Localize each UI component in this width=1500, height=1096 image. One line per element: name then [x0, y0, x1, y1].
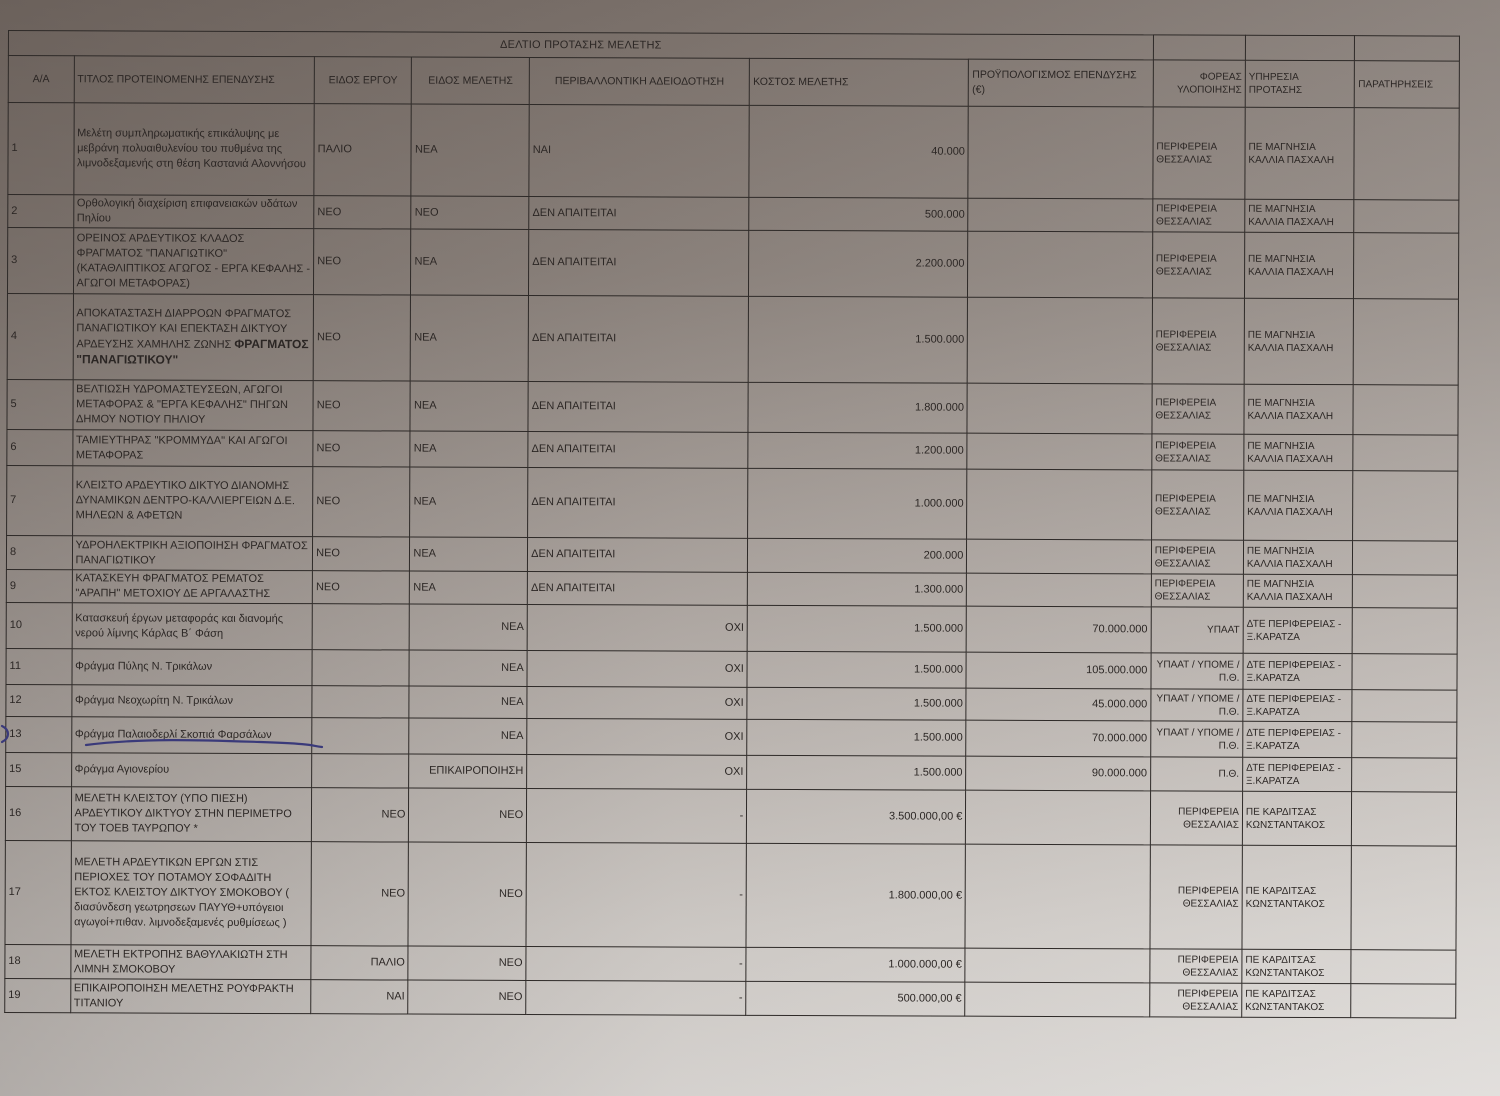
- cell-title: ΜΕΛΕΤΗ ΚΛΕΙΣΤΟΥ (ΥΠΟ ΠΙΕΣΗ) ΑΡΔΕΥΤΙΚΟΥ Δ…: [71, 787, 312, 842]
- cell-title: ΜΕΛΕΤΗ ΕΚΤΡΟΠΗΣ ΒΑΘΥΛΑΚΙΩΤΗ ΣΤΗ ΛΙΜΝΗ ΣΜ…: [70, 945, 311, 980]
- cell-implementing-body: ΠΕΡΙΦΕΡΕΙΑ ΘΕΣΣΑΛΙΑΣ: [1151, 540, 1243, 574]
- cell-implementing-body: ΠΕΡΙΦΕΡΕΙΑ ΘΕΣΣΑΛΙΑΣ: [1151, 470, 1243, 540]
- cell-remarks: [1354, 299, 1459, 385]
- cell-aa: 17: [5, 840, 71, 944]
- cell-implementing-body: ΠΕΡΙΦΕΡΕΙΑ ΘΕΣΣΑΛΙΑΣ: [1153, 107, 1245, 199]
- cell-proposing-service: ΠΕ ΜΑΓΝΗΣΙΑ ΚΑΛΛΙΑ ΠΑΣΧΑΛΗ: [1244, 298, 1354, 384]
- cell-investment-budget: 70.000.000: [967, 606, 1152, 653]
- cell-study-type: ΝΕΑ: [410, 537, 528, 571]
- cell-project-type: [312, 650, 409, 686]
- cell-study-type: ΝΕΑ: [410, 381, 528, 431]
- cell-project-type: ΝΑΙ: [311, 980, 408, 1014]
- cell-env-permit: ΔΕΝ ΑΠΑΙΤΕΙΤΑΙ: [528, 537, 748, 572]
- cell-project-type: ΝΕΟ: [311, 842, 409, 946]
- cell-title: ΤΑΜΙΕΥΤΗΡΑΣ "ΚΡΟΜΜΥΔΑ" ΚΑΙ ΑΓΩΓΟΙ ΜΕΤΑΦΟ…: [72, 430, 313, 467]
- cell-implementing-body: ΥΠΑΑΤ / ΥΠΟΜΕ / Π.Θ.: [1151, 653, 1243, 689]
- cell-implementing-body: ΥΠΑΑΤ: [1151, 607, 1243, 653]
- cell-project-type: ΝΕΟ: [313, 467, 411, 537]
- cell-aa: 7: [7, 465, 73, 535]
- cell-implementing-body: Π.Θ.: [1150, 757, 1242, 791]
- cell-env-permit: ΔΕΝ ΑΠΑΙΤΕΙΤΑΙ: [528, 432, 748, 469]
- table-row: 6ΤΑΜΙΕΥΤΗΡΑΣ "ΚΡΟΜΜΥΔΑ" ΚΑΙ ΑΓΩΓΟΙ ΜΕΤΑΦ…: [7, 429, 1458, 471]
- header-title: ΤΙΤΛΟΣ ΠΡΟΤΕΙΝΟΜΕΝΗΣ ΕΠΕΝΔΥΣΗΣ: [74, 56, 315, 104]
- cell-title: Ορθολογική διαχείριση επιφανειακών υδάτω…: [73, 195, 314, 229]
- header-implementing-body: ΦΟΡΕΑΣ ΥΛΟΠΟΙΗΣΗΣ: [1153, 60, 1245, 107]
- cell-env-permit: ΔΕΝ ΑΠΑΙΤΕΙΤΑΙ: [528, 296, 748, 383]
- cell-implementing-body: ΠΕΡΙΦΕΡΕΙΑ ΘΕΣΣΑΛΙΑΣ: [1150, 949, 1242, 983]
- cell-proposing-service: ΠΕ ΜΑΓΝΗΣΙΑ ΚΑΛΛΙΑ ΠΑΣΧΑΛΗ: [1244, 384, 1354, 434]
- cell-proposing-service: ΔΤΕ ΠΕΡΙΦΕΡΕΙΑΣ - Ξ.ΚΑΡΑΤΖΑ: [1243, 757, 1353, 791]
- cell-investment-budget: [968, 198, 1153, 232]
- cell-study-cost: 2.200.000: [749, 230, 968, 297]
- cell-proposing-service: ΔΤΕ ΠΕΡΙΦΕΡΕΙΑΣ - Ξ.ΚΑΡΑΤΖΑ: [1243, 721, 1353, 757]
- cell-proposing-service: ΔΤΕ ΠΕΡΙΦΕΡΕΙΑΣ - Ξ.ΚΑΡΑΤΖΑ: [1243, 689, 1353, 721]
- cell-remarks: [1352, 690, 1457, 722]
- cell-aa: 12: [6, 684, 72, 716]
- table-row: 17ΜΕΛΕΤΗ ΑΡΔΕΥΤΙΚΩΝ ΕΡΓΩΝ ΣΤΙΣ ΠΕΡΙΟΧΕΣ …: [5, 840, 1456, 950]
- cell-study-type: ΝΕΑ: [411, 295, 529, 381]
- header-row: Α/Α ΤΙΤΛΟΣ ΠΡΟΤΕΙΝΟΜΕΝΗΣ ΕΠΕΝΔΥΣΗΣ ΕΙΔΟΣ…: [8, 56, 1459, 109]
- cell-env-permit: -: [526, 842, 747, 947]
- cell-investment-budget: 70.000.000: [966, 720, 1151, 757]
- cell-study-type: ΝΕΑ: [409, 650, 527, 686]
- table-row: 10Κατασκευή έργων μεταφοράς και διανομής…: [6, 602, 1457, 654]
- cell-env-permit: ΔΕΝ ΑΠΑΙΤΕΙΤΑΙ: [529, 197, 749, 231]
- cell-aa: 19: [5, 978, 71, 1012]
- cell-remarks: [1353, 575, 1458, 608]
- cell-aa: 4: [7, 293, 73, 379]
- cell-env-permit: ΔΕΝ ΑΠΑΙΤΕΙΤΑΙ: [528, 467, 748, 538]
- cell-project-type: ΠΑΛΙΟ: [314, 104, 412, 196]
- cell-investment-budget: [968, 231, 1153, 298]
- table-row: 13Φράγμα Παλαιοδερλί Σκοπιά ΦαρσάλωνΝΕΑΟ…: [6, 716, 1457, 758]
- cell-implementing-body: ΠΕΡΙΦΕΡΕΙΑ ΘΕΣΣΑΛΙΑΣ: [1151, 574, 1243, 607]
- cell-study-cost: 3.500.000,00 €: [747, 789, 966, 844]
- cell-study-type: ΝΕΟ: [408, 842, 526, 946]
- cell-project-type: ΝΕΟ: [314, 196, 411, 229]
- cell-remarks: [1352, 722, 1457, 758]
- cell-title: Κατασκευή έργων μεταφοράς και διανομής ν…: [72, 603, 313, 650]
- cell-aa: 10: [6, 602, 72, 648]
- cell-title: ΚΛΕΙΣΤΟ ΑΡΔΕΥΤΙΚΟ ΔΙΚΤΥΟ ΔΙΑΝΟΜΗΣ ΔΥΝΑΜΙ…: [72, 466, 313, 537]
- cell-title: Φράγμα Νεοχωρίτη Ν. Τρικάλων: [71, 685, 312, 718]
- cell-env-permit: ΔΕΝ ΑΠΑΙΤΕΙΤΑΙ: [527, 571, 747, 605]
- table-row: 16ΜΕΛΕΤΗ ΚΛΕΙΣΤΟΥ (ΥΠΟ ΠΙΕΣΗ) ΑΡΔΕΥΤΙΚΟΥ…: [5, 786, 1456, 846]
- cell-investment-budget: [966, 790, 1151, 845]
- cell-project-type: ΝΕΟ: [314, 229, 412, 295]
- cell-project-type: [312, 686, 409, 718]
- cell-study-cost: 40.000: [749, 105, 968, 198]
- cell-title: ΚΑΤΑΣΚΕΥΗ ΦΡΑΓΜΑΤΟΣ ΡΕΜΑΤΟΣ "ΑΡΑΠΗ" ΜΕΤΟ…: [72, 570, 313, 604]
- cell-implementing-body: ΥΠΑΑΤ / ΥΠΟΜΕ / Π.Θ.: [1151, 689, 1243, 721]
- cell-study-cost: 1.500.000: [748, 296, 967, 383]
- cell-study-type: ΕΠΙΚΑΙΡΟΠΟΙΗΣΗ: [409, 754, 527, 788]
- cell-aa: 15: [6, 752, 72, 786]
- cell-remarks: [1353, 541, 1458, 575]
- cell-remarks: [1351, 950, 1456, 984]
- cell-env-permit: ΝΑΙ: [529, 105, 749, 198]
- cell-proposing-service: ΠΕ ΚΑΡΔΙΤΣΑΣ ΚΩΝΣΤΑΝΤΑΚΟΣ: [1242, 845, 1352, 949]
- cell-project-type: [312, 604, 409, 650]
- table-row: 18ΜΕΛΕΤΗ ΕΚΤΡΟΠΗΣ ΒΑΘΥΛΑΚΙΩΤΗ ΣΤΗ ΛΙΜΝΗ …: [5, 944, 1456, 984]
- cell-env-permit: -: [527, 788, 747, 843]
- cell-study-type: ΝΕΟ: [409, 788, 527, 842]
- cell-study-type: ΝΕΑ: [409, 686, 527, 718]
- cell-study-cost: 1.000.000,00 €: [746, 947, 965, 982]
- cell-study-cost: 1.500.000: [747, 687, 966, 720]
- cell-title: Φράγμα Πύλης Ν. Τρικάλων: [72, 649, 313, 686]
- cell-investment-budget: [967, 469, 1152, 540]
- cell-implementing-body: ΠΕΡΙΦΕΡΕΙΑ ΘΕΣΣΑΛΙΑΣ: [1150, 791, 1242, 845]
- table-row: 8ΥΔΡΟΗΛΕΚΤΡΙΚΗ ΑΞΙΟΠΟΙΗΣΗ ΦΡΑΓΜΑΤΟΣ ΠΑΝΑ…: [6, 535, 1457, 575]
- printed-sheet: ΔΕΛΤΙΟ ΠΡΟΤΑΣΗΣ ΜΕΛΕΤΗΣ Α/Α ΤΙΤΛΟΣ ΠΡΟΤΕ…: [4, 30, 1460, 1019]
- table-row: 5ΒΕΛΤΙΩΣΗ ΥΔΡΟΜΑΣΤΕΥΣΕΩΝ, ΑΓΩΓΟΙ ΜΕΤΑΦΟΡ…: [7, 379, 1458, 435]
- cell-study-type: ΝΕΑ: [409, 718, 527, 754]
- cell-aa: 2: [8, 195, 74, 228]
- cell-proposing-service: ΠΕ ΜΑΓΝΗΣΙΑ ΚΑΛΛΙΑ ΠΑΣΧΑΛΗ: [1244, 434, 1354, 470]
- cell-title: ΥΔΡΟΗΛΕΚΤΡΙΚΗ ΑΞΙΟΠΟΙΗΣΗ ΦΡΑΓΜΑΤΟΣ ΠΑΝΑΓ…: [72, 536, 313, 571]
- cell-title: Φράγμα Αγιονερίου: [71, 753, 312, 788]
- header-study-cost: ΚΟΣΤΟΣ ΜΕΛΕΤΗΣ: [750, 58, 969, 106]
- cell-env-permit: ΔΕΝ ΑΠΑΙΤΕΙΤΑΙ: [529, 230, 749, 297]
- cell-remarks: [1352, 758, 1457, 792]
- cell-project-type: ΝΕΟ: [312, 571, 409, 604]
- header-remarks: ΠΑΡΑΤΗΡΗΣΕΙΣ: [1355, 61, 1460, 108]
- cell-study-type: ΝΕΑ: [410, 431, 528, 467]
- cell-project-type: ΠΑΛΙΟ: [311, 946, 408, 980]
- cell-proposing-service: ΠΕ ΜΑΓΝΗΣΙΑ ΚΑΛΛΙΑ ΠΑΣΧΑΛΗ: [1245, 107, 1355, 199]
- cell-investment-budget: [967, 383, 1152, 434]
- cell-env-permit: ΟΧΙ: [527, 754, 747, 789]
- cell-title: ΕΠΙΚΑΙΡΟΠΟΙΗΣΗ ΜΕΛΕΤΗΣ ΡΟΥΦΡΑΚΤΗ ΤΙΤΑΝΙΟ…: [70, 979, 311, 1014]
- cell-implementing-body: ΠΕΡΙΦΕΡΕΙΑ ΘΕΣΣΑΛΙΑΣ: [1152, 298, 1244, 384]
- cell-study-cost: 200.000: [748, 538, 967, 573]
- cell-investment-budget: [967, 433, 1152, 470]
- cell-remarks: [1351, 984, 1456, 1018]
- cell-env-permit: -: [526, 980, 746, 1015]
- cell-env-permit: ΔΕΝ ΑΠΑΙΤΕΙΤΑΙ: [528, 382, 748, 433]
- cell-title: ΒΕΛΤΙΩΣΗ ΥΔΡΟΜΑΣΤΕΥΣΕΩΝ, ΑΓΩΓΟΙ ΜΕΤΑΦΟΡΑ…: [72, 380, 313, 431]
- cell-study-cost: 1.200.000: [748, 432, 967, 469]
- cell-study-cost: 1.800.000,00 €: [746, 843, 966, 948]
- cell-proposing-service: ΠΕ ΚΑΡΔΙΤΣΑΣ ΚΩΝΣΤΑΝΤΑΚΟΣ: [1242, 983, 1352, 1017]
- table-row: 9ΚΑΤΑΣΚΕΥΗ ΦΡΑΓΜΑΤΟΣ ΡΕΜΑΤΟΣ "ΑΡΑΠΗ" ΜΕΤ…: [6, 569, 1457, 608]
- cell-proposing-service: ΠΕ ΚΑΡΔΙΤΣΑΣ ΚΩΝΣΤΑΝΤΑΚΟΣ: [1242, 949, 1352, 983]
- cell-title: ΑΠΟΚΑΤΑΣΤΑΣΗ ΔΙΑΡΡΟΩΝ ΦΡΑΓΜΑΤΟΣ ΠΑΝΑΓΙΩΤ…: [73, 294, 314, 381]
- cell-remarks: [1351, 846, 1456, 950]
- cell-project-type: ΝΕΟ: [312, 788, 409, 842]
- table-row: 11Φράγμα Πύλης Ν. ΤρικάλωνΝΕΑΟΧΙ1.500.00…: [6, 648, 1457, 690]
- cell-title: Φράγμα Παλαιοδερλί Σκοπιά Φαρσάλων: [71, 717, 312, 754]
- cell-project-type: [312, 754, 409, 788]
- cell-remarks: [1353, 608, 1458, 654]
- cell-aa: 13: [6, 716, 72, 752]
- cell-project-type: [312, 718, 409, 754]
- cell-implementing-body: ΠΕΡΙΦΕΡΕΙΑ ΘΕΣΣΑΛΙΑΣ: [1150, 845, 1243, 949]
- cell-remarks: [1352, 654, 1457, 690]
- table-row: 3ΟΡΕΙΝΟΣ ΑΡΔΕΥΤΙΚΟΣ ΚΛΑΔΟΣ ΦΡΑΓΜΑΤΟΣ "ΠΑ…: [7, 228, 1458, 300]
- cell-env-permit: ΟΧΙ: [527, 650, 747, 687]
- cell-investment-budget: [965, 844, 1150, 949]
- cell-study-type: ΝΕΑ: [410, 571, 528, 604]
- cell-study-type: ΝΕΑ: [410, 467, 528, 537]
- cell-investment-budget: 90.000.000: [966, 756, 1151, 791]
- cell-aa: 16: [5, 786, 71, 840]
- cell-proposing-service: ΠΕ ΜΑΓΝΗΣΙΑ ΚΑΛΛΙΑ ΠΑΣΧΑΛΗ: [1243, 574, 1353, 607]
- header-project-type: ΕΙΔΟΣ ΕΡΓΟΥ: [314, 57, 411, 104]
- cell-investment-budget: 105.000.000: [966, 652, 1151, 689]
- cell-project-type: ΝΕΟ: [313, 431, 410, 467]
- cell-remarks: [1353, 471, 1458, 541]
- cell-implementing-body: ΠΕΡΙΦΕΡΕΙΑ ΘΕΣΣΑΛΙΑΣ: [1150, 983, 1242, 1017]
- cell-aa: 3: [7, 228, 73, 294]
- cell-remarks: [1354, 200, 1459, 233]
- cell-study-type: ΝΕΟ: [408, 980, 526, 1014]
- cell-study-type: ΝΕΑ: [411, 229, 529, 295]
- cell-remarks: [1353, 435, 1458, 471]
- table-row: 4ΑΠΟΚΑΤΑΣΤΑΣΗ ΔΙΑΡΡΟΩΝ ΦΡΑΓΜΑΤΟΣ ΠΑΝΑΓΙΩ…: [7, 293, 1458, 385]
- cell-proposing-service: ΠΕ ΜΑΓΝΗΣΙΑ ΚΑΛΛΙΑ ΠΑΣΧΑΛΗ: [1245, 199, 1355, 232]
- cell-investment-budget: [965, 982, 1150, 1017]
- cell-env-permit: -: [526, 946, 746, 981]
- cell-proposing-service: ΠΕ ΚΑΡΔΙΤΣΑΣ ΚΩΝΣΤΑΝΤΑΚΟΣ: [1242, 791, 1352, 845]
- cell-study-cost: 1.500.000: [747, 719, 966, 756]
- cell-title: ΜΕΛΕΤΗ ΑΡΔΕΥΤΙΚΩΝ ΕΡΓΩΝ ΣΤΙΣ ΠΕΡΙΟΧΕΣ ΤΟ…: [71, 841, 312, 946]
- header-investment-budget: ΠΡΟΫΠΟΛΟΓΙΣΜΟΣ ΕΠΕΝΔΥΣΗΣ (€): [969, 59, 1154, 107]
- cell-implementing-body: ΠΕΡΙΦΕΡΕΙΑ ΘΕΣΣΑΛΙΑΣ: [1152, 434, 1244, 470]
- cell-proposing-service: ΔΤΕ ΠΕΡΙΦΕΡΕΙΑΣ - Ξ.ΚΑΡΑΤΖΑ: [1243, 653, 1353, 689]
- header-env-permit: ΠΕΡΙΒΑΛΛΟΝΤΙΚΗ ΑΔΕΙΟΔΟΤΗΣΗ: [529, 58, 749, 106]
- table-row: 19ΕΠΙΚΑΙΡΟΠΟΙΗΣΗ ΜΕΛΕΤΗΣ ΡΟΥΦΡΑΚΤΗ ΤΙΤΑΝ…: [5, 978, 1456, 1018]
- cell-env-permit: ΟΧΙ: [527, 686, 747, 719]
- cell-remarks: [1354, 108, 1459, 200]
- cell-implementing-body: ΠΕΡΙΦΕΡΕΙΑ ΘΕΣΣΑΛΙΑΣ: [1153, 199, 1245, 232]
- cell-project-type: ΝΕΟ: [313, 295, 411, 381]
- cell-proposing-service: ΠΕ ΜΑΓΝΗΣΙΑ ΚΑΛΛΙΑ ΠΑΣΧΑΛΗ: [1244, 232, 1354, 298]
- header-aa: Α/Α: [8, 56, 74, 103]
- cell-title: Μελέτη συμπληρωματικής επικάλυψης με μεβ…: [73, 103, 314, 196]
- cell-proposing-service: ΔΤΕ ΠΕΡΙΦΕΡΕΙΑΣ - Ξ.ΚΑΡΑΤΖΑ: [1243, 607, 1353, 653]
- cell-investment-budget: [968, 106, 1153, 199]
- cell-study-type: ΝΕΟ: [411, 196, 529, 229]
- cell-aa: 18: [5, 944, 71, 978]
- cell-remarks: [1352, 792, 1457, 846]
- cell-proposing-service: ΠΕ ΜΑΓΝΗΣΙΑ ΚΑΛΛΙΑ ΠΑΣΧΑΛΗ: [1243, 470, 1353, 540]
- cell-study-cost: 1.800.000: [748, 382, 967, 433]
- cell-study-cost: 1.500.000: [747, 605, 966, 652]
- cell-investment-budget: [967, 573, 1152, 607]
- cell-project-type: ΝΕΟ: [313, 537, 410, 571]
- cell-investment-budget: 45.000.000: [966, 688, 1151, 721]
- cell-investment-budget: [968, 297, 1153, 384]
- cell-study-type: ΝΕΟ: [408, 946, 526, 980]
- cell-study-cost: 1.500.000: [747, 651, 966, 688]
- cell-implementing-body: ΠΕΡΙΦΕΡΕΙΑ ΘΕΣΣΑΛΙΑΣ: [1152, 384, 1244, 434]
- cell-aa: 5: [7, 379, 73, 429]
- table-row: 15Φράγμα ΑγιονερίουΕΠΙΚΑΙΡΟΠΟΙΗΣΗΟΧΙ1.50…: [6, 752, 1457, 792]
- study-proposal-table: ΔΕΛΤΙΟ ΠΡΟΤΑΣΗΣ ΜΕΛΕΤΗΣ Α/Α ΤΙΤΛΟΣ ΠΡΟΤΕ…: [4, 30, 1460, 1019]
- cell-investment-budget: [965, 948, 1150, 983]
- cell-title: ΟΡΕΙΝΟΣ ΑΡΔΕΥΤΙΚΟΣ ΚΛΑΔΟΣ ΦΡΑΓΜΑΤΟΣ "ΠΑΝ…: [73, 228, 314, 295]
- table-row: 1Μελέτη συμπληρωματικής επικάλυψης με με…: [8, 103, 1459, 201]
- cell-study-cost: 500.000: [749, 197, 968, 231]
- cell-aa: 1: [8, 103, 74, 195]
- header-study-type: ΕΙΔΟΣ ΜΕΛΕΤΗΣ: [412, 57, 530, 104]
- header-proposing-service: ΥΠΗΡΕΣΙΑ ΠΡΟΤΑΣΗΣ: [1245, 60, 1355, 107]
- cell-study-type: ΝΕΑ: [411, 104, 529, 196]
- table-row: 2Ορθολογική διαχείριση επιφανειακών υδάτ…: [8, 195, 1459, 234]
- cell-study-cost: 1.000.000: [748, 468, 967, 539]
- cell-implementing-body: ΠΕΡΙΦΕΡΕΙΑ ΘΕΣΣΑΛΙΑΣ: [1152, 232, 1244, 298]
- cell-investment-budget: [967, 539, 1152, 574]
- cell-implementing-body: ΥΠΑΑΤ / ΥΠΟΜΕ / Π.Θ.: [1151, 721, 1243, 757]
- cell-aa: 9: [6, 569, 72, 602]
- cell-aa: 11: [6, 648, 72, 684]
- cell-study-cost: 500.000,00 €: [746, 981, 965, 1016]
- cell-study-type: ΝΕΑ: [410, 604, 528, 650]
- cell-project-type: ΝΕΟ: [313, 381, 410, 431]
- cell-remarks: [1354, 233, 1459, 299]
- cell-study-cost: 1.500.000: [747, 755, 966, 790]
- cell-study-cost: 1.300.000: [748, 572, 967, 606]
- table-row: 7ΚΛΕΙΣΤΟ ΑΡΔΕΥΤΙΚΟ ΔΙΚΤΥΟ ΔΙΑΝΟΜΗΣ ΔΥΝΑΜ…: [7, 465, 1458, 541]
- cell-aa: 6: [7, 429, 73, 465]
- cell-remarks: [1353, 385, 1458, 435]
- cell-proposing-service: ΠΕ ΜΑΓΝΗΣΙΑ ΚΑΛΛΙΑ ΠΑΣΧΑΛΗ: [1243, 540, 1353, 574]
- cell-env-permit: ΟΧΙ: [527, 718, 747, 755]
- cell-env-permit: ΟΧΙ: [527, 604, 747, 651]
- cell-aa: 8: [6, 535, 72, 569]
